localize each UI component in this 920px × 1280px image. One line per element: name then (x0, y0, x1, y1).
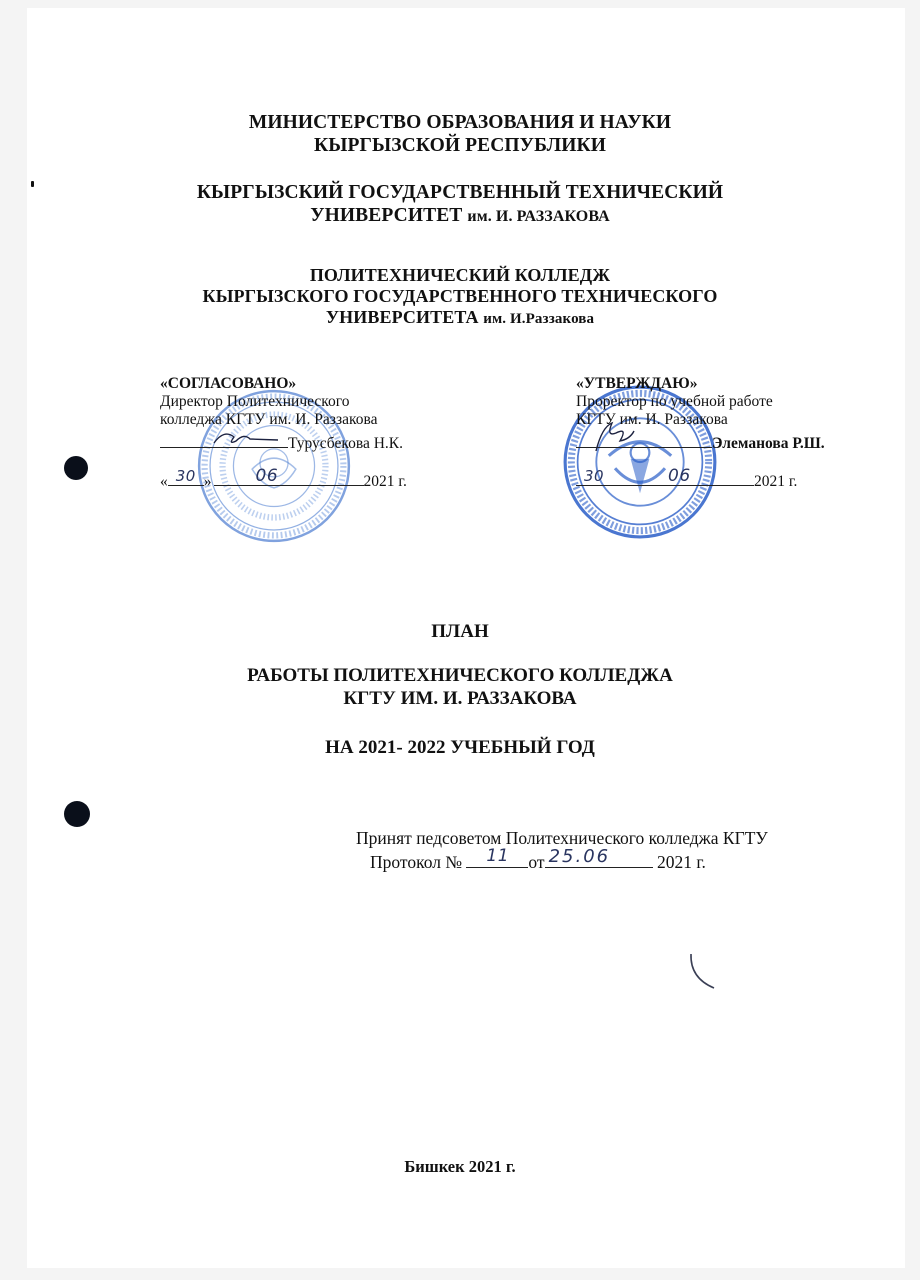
agreed-block: «СОГЛАСОВАНО» Директор Политехнического … (160, 375, 460, 491)
agreed-position-line-1: Директор Политехнического (160, 393, 460, 411)
agreed-month-field: 06 (214, 469, 364, 486)
protocol-label: Протокол № (370, 852, 462, 872)
plan-subtitle-line-1: РАБОТЫ ПОЛИТЕХНИЧЕСКОГО КОЛЛЕДЖА (0, 664, 920, 687)
approved-date-line: 30062021 г. (576, 469, 866, 491)
city-year: Бишкек 2021 г. (0, 1155, 920, 1178)
approved-signature-field (576, 431, 712, 448)
acceptance-line: Принят педсоветом Политехнического колле… (356, 828, 876, 849)
plan-title: ПЛАН (0, 620, 920, 643)
date-close-quote: » (204, 473, 212, 490)
protocol-number-value: 11 (486, 846, 509, 867)
agreed-date-line: «30»062021 г. (160, 469, 460, 491)
university-line-1: КЫРГЫЗСКИЙ ГОСУДАРСТВЕННЫЙ ТЕХНИЧЕСКИЙ (0, 181, 920, 204)
date-open-quote: « (160, 473, 168, 490)
university-name: УНИВЕРСИТЕТ (310, 205, 462, 226)
agreed-signatory-name: Турусбекова Н.К. (288, 435, 403, 452)
college-eponym: им. И.Раззакова (483, 311, 594, 327)
college-line-1: ПОЛИТЕХНИЧЕСКИЙ КОЛЛЕДЖ (0, 265, 920, 286)
protocol-from-label: от (528, 852, 544, 872)
ministry-line-1: МИНИСТЕРСТВО ОБРАЗОВАНИЯ И НАУКИ (0, 111, 920, 134)
approved-month-value: 06 (668, 467, 691, 485)
university-line-2: УНИВЕРСИТЕТ им. И. РАЗЗАКОВА (0, 204, 920, 228)
protocol-line: Протокол № 11от25.06 2021 г. (356, 849, 876, 873)
ink-speck-icon (31, 181, 34, 187)
plan-subtitle-line-2: КГТУ ИМ. И. РАЗЗАКОВА (0, 687, 920, 710)
college-line-3: УНИВЕРСИТЕТА им. И.Раззакова (0, 307, 920, 330)
college-heading: ПОЛИТЕХНИЧЕСКИЙ КОЛЛЕДЖ КЫРГЫЗСКОГО ГОСУ… (0, 265, 920, 330)
approved-year: 2021 г. (754, 473, 797, 490)
approved-day-value: 30 (584, 467, 604, 485)
punch-hole-icon (64, 456, 88, 480)
approved-signature-line: Элеманова Р.Ш. (576, 431, 866, 453)
agreed-day-value: 30 (176, 467, 196, 485)
acceptance-block: Принят педсоветом Политехнического колле… (356, 828, 876, 873)
ministry-heading: МИНИСТЕРСТВО ОБРАЗОВАНИЯ И НАУКИ КЫРГЫЗС… (0, 111, 920, 157)
academic-year: НА 2021- 2022 УЧЕБНЫЙ ГОД (0, 736, 920, 759)
approved-block: «УТВЕРЖДАЮ» Проректор по учебной работе … (576, 375, 866, 491)
agreed-month-value: 06 (256, 467, 279, 485)
agreed-year: 2021 г. (364, 473, 407, 490)
plan-subtitle: РАБОТЫ ПОЛИТЕХНИЧЕСКОГО КОЛЛЕДЖА КГТУ ИМ… (0, 664, 920, 710)
protocol-number-field: 11 (466, 849, 528, 868)
approved-signatory-name: Элеманова Р.Ш. (712, 435, 825, 452)
agreed-heading: «СОГЛАСОВАНО» (160, 375, 460, 393)
signature-scribble-icon (210, 427, 280, 449)
approved-date-field: 3006 (576, 469, 754, 486)
approved-position-line-1: Проректор по учебной работе (576, 393, 866, 411)
agreed-signature-field (160, 431, 288, 448)
agreed-position-line-2: колледжа КГТУ им. И. Раззакова (160, 411, 460, 429)
pen-mark-icon (688, 950, 718, 992)
university-eponym: им. И. РАЗЗАКОВА (467, 208, 609, 225)
agreed-day-field: 30 (168, 469, 204, 486)
protocol-year: 2021 г. (657, 852, 706, 872)
approved-heading: «УТВЕРЖДАЮ» (576, 375, 866, 393)
agreed-signature-line: Турусбекова Н.К. (160, 431, 460, 453)
punch-hole-icon (64, 801, 90, 827)
protocol-date-field: 25.06 (545, 849, 653, 868)
ministry-line-2: КЫРГЫЗСКОЙ РЕСПУБЛИКИ (0, 134, 920, 157)
university-heading: КЫРГЫЗСКИЙ ГОСУДАРСТВЕННЫЙ ТЕХНИЧЕСКИЙ У… (0, 181, 920, 228)
signature-scribble-icon (590, 417, 640, 453)
college-line-2: КЫРГЫЗСКОГО ГОСУДАРСТВЕННОГО ТЕХНИЧЕСКОГ… (0, 286, 920, 307)
protocol-date-value: 25.06 (549, 846, 611, 867)
college-university: УНИВЕРСИТЕТА (326, 307, 479, 327)
